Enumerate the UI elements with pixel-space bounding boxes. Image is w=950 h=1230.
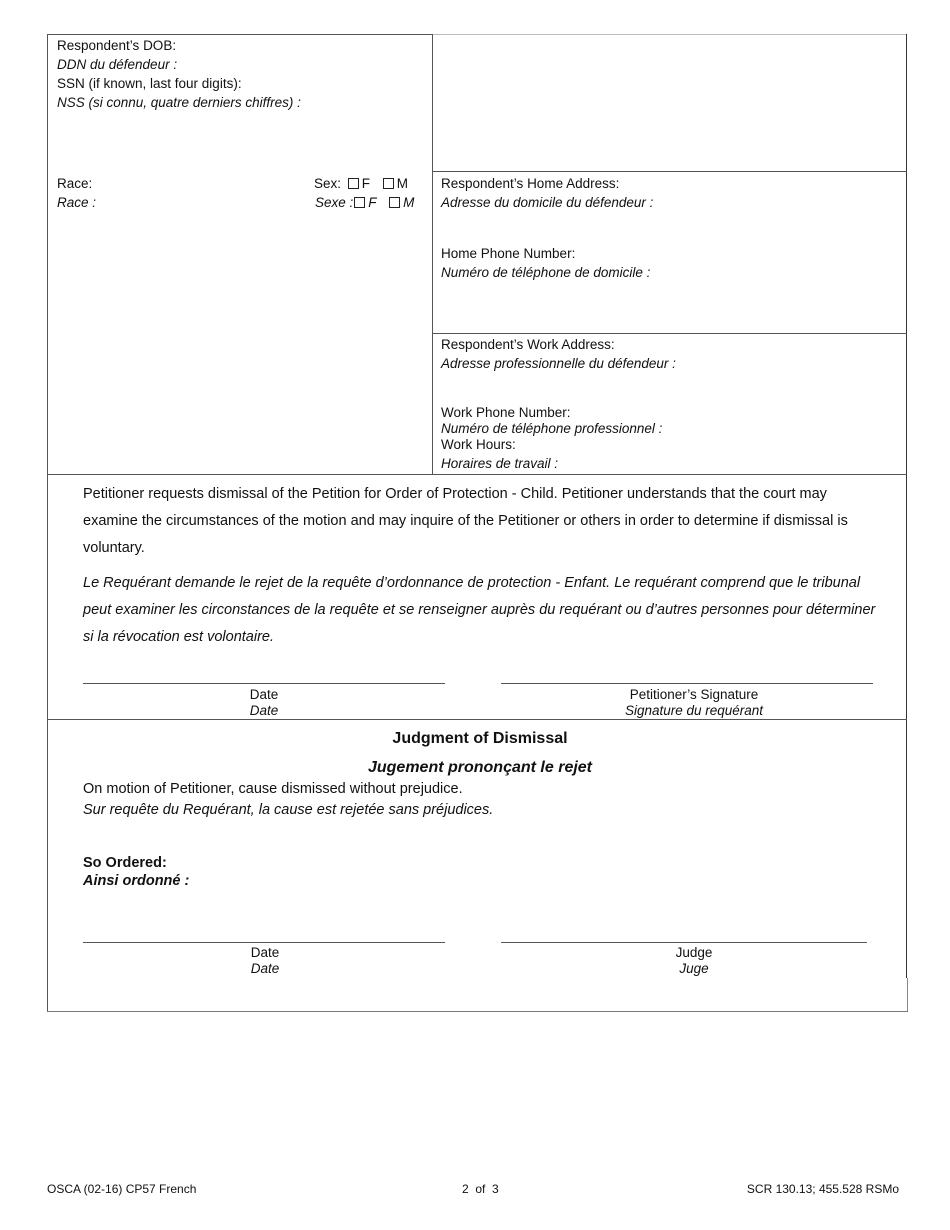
so-ordered-label-fr: Ainsi ordonné :: [83, 873, 189, 890]
home-address-label: Respondent’s Home Address:: [441, 176, 619, 192]
dob-label: Respondent’s DOB:: [57, 38, 176, 54]
dob-label-fr: DDN du défendeur :: [57, 57, 177, 73]
column-divider: [432, 34, 433, 474]
petitioner-date-label: Date: [83, 687, 445, 703]
ssn-label-fr: NSS (si connu, quatre derniers chiffres)…: [57, 95, 301, 111]
sex-field: Sex: F M: [314, 176, 408, 192]
petitioner-signature-label-fr: Signature du requérant: [501, 703, 887, 719]
statute-reference: SCR 130.13; 455.528 RSMo: [747, 1182, 899, 1196]
race-label: Race:: [57, 176, 92, 192]
judgment-title: Judgment of Dismissal: [47, 730, 913, 748]
form-border-right: [906, 34, 907, 978]
sex-m-label: M: [397, 176, 408, 191]
work-address-label-fr: Adresse professionnelle du défendeur :: [441, 356, 676, 372]
race-label-fr: Race :: [57, 195, 96, 211]
sex-m-label-fr: M: [403, 195, 414, 210]
sex-label-fr: Sexe :: [315, 195, 353, 210]
petitioner-date-label-fr: Date: [83, 703, 445, 719]
sex-f-checkbox[interactable]: [348, 178, 359, 189]
home-phone-label: Home Phone Number:: [441, 246, 575, 262]
sex-f-checkbox-fr[interactable]: [354, 197, 365, 208]
page-number: 2 of 3: [462, 1182, 499, 1196]
work-phone-label: Work Phone Number:: [441, 405, 571, 421]
sex-f-label: F: [362, 176, 370, 191]
dismissal-request-text-fr: Le Requérant demande le rejet de la requ…: [83, 570, 883, 651]
judgment-date-line[interactable]: [83, 942, 445, 943]
judgment-text: On motion of Petitioner, cause dismissed…: [83, 780, 463, 798]
petitioner-date-line[interactable]: [83, 683, 445, 684]
work-address-label: Respondent’s Work Address:: [441, 337, 615, 353]
form-border-right-lower: [907, 978, 908, 1012]
sex-f-label-fr: F: [368, 195, 376, 210]
judge-label: Judge: [501, 945, 887, 961]
petitioner-signature-line[interactable]: [501, 683, 873, 684]
form-id: OSCA (02-16) CP57 French: [47, 1182, 196, 1196]
home-phone-label-fr: Numéro de téléphone de domicile :: [441, 265, 650, 281]
judge-label-fr: Juge: [501, 961, 887, 977]
work-hours-label: Work Hours:: [441, 437, 516, 453]
sex-label: Sex:: [314, 176, 341, 191]
petitioner-signature-label: Petitioner’s Signature: [501, 687, 887, 703]
work-hours-label-fr: Horaires de travail :: [441, 456, 558, 472]
sex-m-checkbox[interactable]: [383, 178, 394, 189]
home-section-divider: [432, 171, 907, 172]
request-section-bottom: [47, 719, 907, 720]
home-address-label-fr: Adresse du domicile du défendeur :: [441, 195, 653, 211]
work-section-divider: [432, 333, 907, 334]
work-phone-label-fr: Numéro de téléphone professionnel :: [441, 421, 662, 437]
sex-field-fr: Sexe :F M: [315, 195, 414, 211]
info-section-bottom: [47, 474, 907, 475]
form-border-bottom: [47, 1011, 908, 1012]
judgment-text-fr: Sur requête du Requérant, la cause est r…: [83, 801, 493, 819]
so-ordered-label: So Ordered:: [83, 855, 167, 872]
form-border-top-left: [47, 34, 432, 35]
judgment-date-label-fr: Date: [83, 961, 447, 977]
judgment-title-fr: Jugement prononçant le rejet: [47, 759, 913, 777]
sex-m-checkbox-fr[interactable]: [389, 197, 400, 208]
judgment-date-label: Date: [83, 945, 447, 961]
judge-signature-line[interactable]: [501, 942, 867, 943]
ssn-label: SSN (if known, last four digits):: [57, 76, 242, 92]
dismissal-request-text: Petitioner requests dismissal of the Pet…: [83, 481, 883, 562]
form-border-top-right: [432, 34, 907, 35]
form-border-left: [47, 34, 48, 1012]
